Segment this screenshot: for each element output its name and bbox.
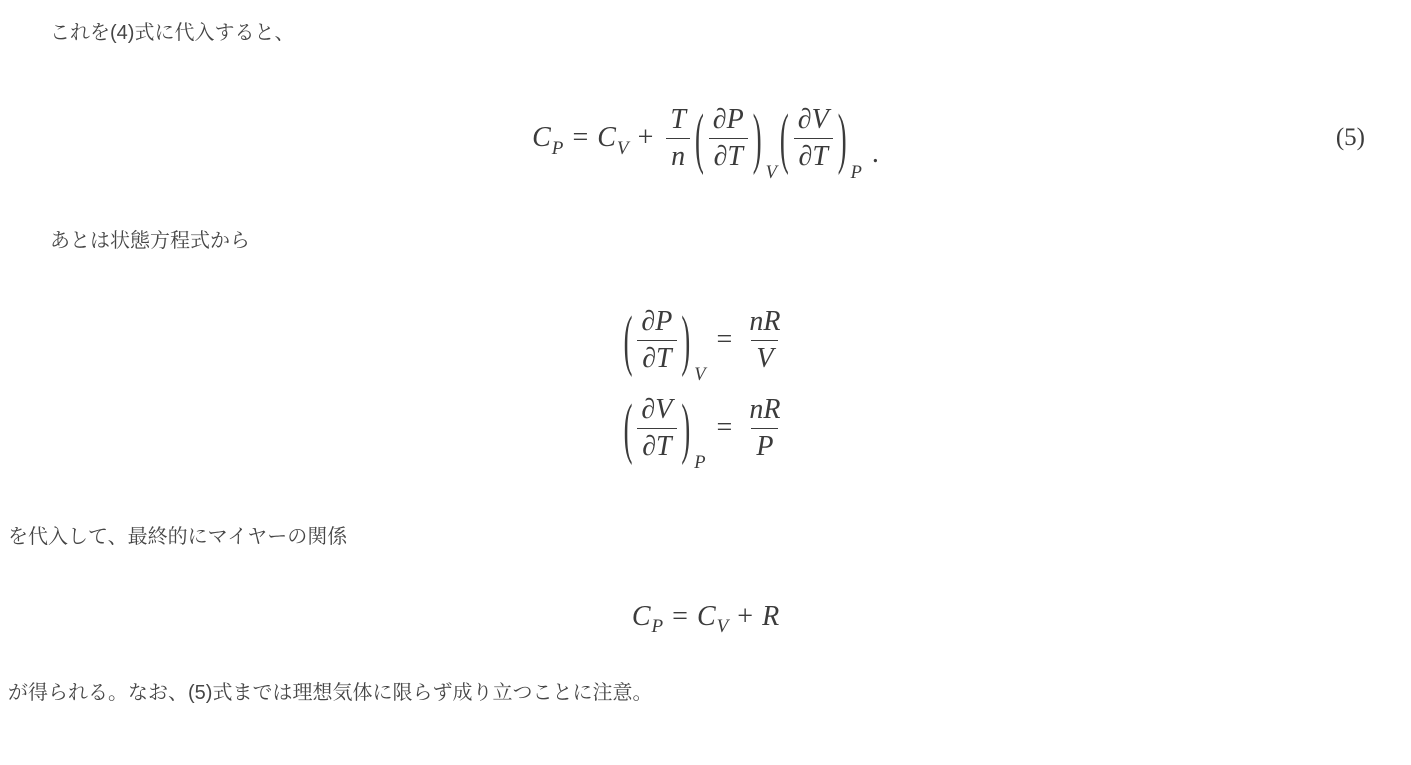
plus-sign: +: [638, 122, 654, 154]
equals-sign: =: [717, 324, 733, 356]
equation-state-pressure: ( ∂P ∂T ) V = nR V: [623, 298, 789, 382]
math-var-n: n: [666, 138, 690, 175]
cp-term: CP: [632, 601, 663, 633]
right-paren: ): [753, 104, 762, 172]
math-var-nR: nR: [744, 392, 785, 428]
equals-sign: =: [672, 601, 688, 633]
math-var-C: C: [597, 122, 616, 154]
plus-sign: +: [737, 601, 753, 633]
period: .: [872, 138, 879, 170]
state-equations-group: ( ∂P ∂T ) V = nR V ( ∂V ∂T ) P = nR: [623, 298, 789, 470]
math-var-C: C: [532, 122, 551, 154]
math-subscript-P: P: [552, 138, 564, 160]
paragraph-state-eq: あとは状態方程式から: [50, 226, 1411, 256]
math-partial-T: ∂T: [794, 138, 833, 175]
left-paren: (: [695, 104, 704, 172]
math-var-V: V: [751, 340, 778, 377]
math-var-C: C: [632, 601, 651, 633]
equation-number: (5): [1336, 124, 1365, 152]
math-partial-V: ∂V: [636, 392, 677, 428]
math-partial-T: ∂T: [637, 340, 676, 377]
left-paren: (: [780, 104, 789, 172]
math-partial-P: ∂P: [636, 304, 677, 340]
cv-term: CV: [697, 601, 728, 633]
math-subscript-V: V: [717, 616, 729, 638]
equation-state-volume: ( ∂V ∂T ) P = nR P: [623, 386, 789, 470]
right-paren: ): [838, 104, 847, 172]
paren-subscript-V: V: [694, 364, 705, 385]
math-subscript-P: P: [652, 616, 664, 638]
equals-sign: =: [572, 122, 588, 154]
math-var-C: C: [697, 601, 716, 633]
cp-term: CP: [532, 122, 563, 154]
fraction-T-over-n: T n: [665, 102, 691, 174]
math-var-T: T: [665, 102, 691, 138]
right-paren: ): [681, 306, 690, 374]
equation-mayer: CP = CV + R: [0, 600, 1411, 634]
paren-subscript-V: V: [766, 162, 777, 183]
fraction-dV-over-dT: ∂V ∂T: [793, 102, 834, 174]
math-subscript-V: V: [617, 138, 629, 160]
right-paren: ): [681, 394, 690, 462]
equals-sign: =: [717, 412, 733, 444]
fraction-nR-over-P: nR P: [744, 392, 785, 464]
math-partial-P: ∂P: [708, 102, 749, 138]
fraction-dP-over-dT: ∂P ∂T: [636, 304, 677, 376]
article-page: これを(4)式に代入すると、 CP = CV + T n ( ∂P ∂T ) V…: [0, 18, 1411, 708]
math-var-R: R: [762, 601, 779, 633]
math-partial-V: ∂V: [793, 102, 834, 138]
paragraph-conclusion: が得られる。なお、(5)式までは理想気体に限らず成り立つことに注意。: [8, 678, 1411, 708]
equation-5-row: CP = CV + T n ( ∂P ∂T ) V ( ∂V ∂T ) P . …: [0, 88, 1411, 188]
cv-term: CV: [597, 122, 628, 154]
paren-subscript-P: P: [694, 452, 705, 473]
left-paren: (: [624, 394, 633, 462]
equation-5: CP = CV + T n ( ∂P ∂T ) V ( ∂V ∂T ) P .: [0, 88, 1411, 188]
math-var-P: P: [751, 428, 778, 465]
math-var-nR: nR: [744, 304, 785, 340]
fraction-nR-over-V: nR V: [744, 304, 785, 376]
fraction-dP-over-dT: ∂P ∂T: [708, 102, 749, 174]
math-partial-T: ∂T: [637, 428, 676, 465]
fraction-dV-over-dT: ∂V ∂T: [636, 392, 677, 464]
paragraph-intro: これを(4)式に代入すると、: [50, 18, 1411, 48]
left-paren: (: [624, 306, 633, 374]
paren-subscript-P: P: [851, 162, 862, 183]
paragraph-mayer-intro: を代入して、最終的にマイヤーの関係: [8, 522, 1411, 552]
math-partial-T: ∂T: [709, 138, 748, 175]
